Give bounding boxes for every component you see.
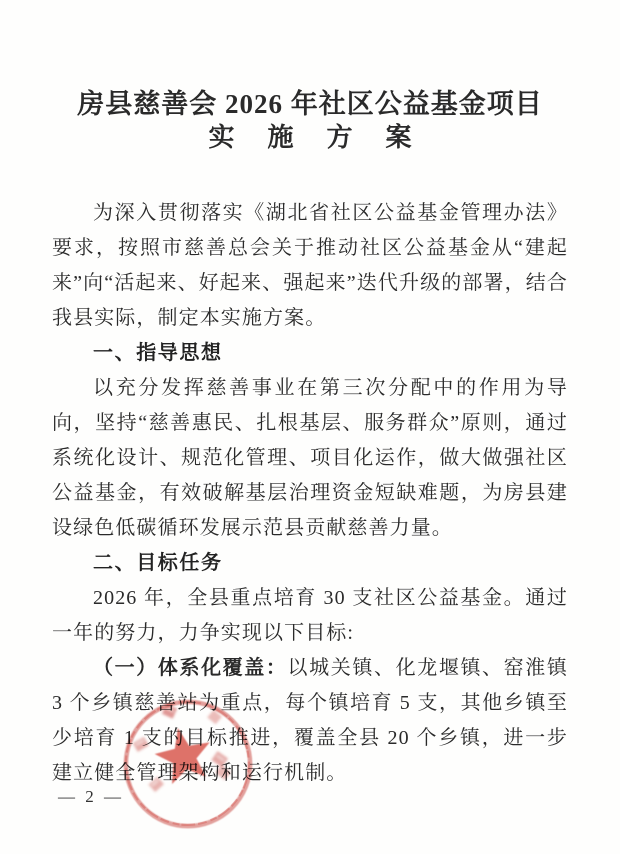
document-body: 为深入贯彻落实《湖北省社区公益基金管理办法》要求，按照市慈善总会关于推动社区公益… — [52, 196, 568, 791]
paragraph-item-1: （一）体系化覆盖：以城关镇、化龙堰镇、窑淮镇 3 个乡镇慈善站为重点，每个镇培育… — [52, 651, 568, 791]
document-title: 房县慈善会 2026 年社区公益基金项目 实施方案 — [0, 88, 620, 154]
paragraph-item-1-lead: （一）体系化覆盖： — [93, 657, 288, 679]
document-title-line1: 房县慈善会 2026 年社区公益基金项目 — [0, 88, 620, 121]
document-title-line2: 实施方案 — [0, 121, 620, 154]
section-heading-goals-tasks: 二、目标任务 — [52, 546, 568, 581]
paragraph-intro: 为深入贯彻落实《湖北省社区公益基金管理办法》要求，按照市慈善总会关于推动社区公益… — [52, 196, 568, 336]
document-title-line2-text: 实施方案 — [208, 121, 444, 154]
paragraph-goals: 2026 年，全县重点培育 30 支社区公益基金。通过一年的努力，力争实现以下目… — [52, 581, 568, 651]
paragraph-guiding-ideology: 以充分发挥慈善事业在第三次分配中的作用为导向，坚持“慈善惠民、扎根基层、服务群众… — [52, 371, 568, 546]
document-page: 房县慈善会 2026 年社区公益基金项目 实施方案 为深入贯彻落实《湖北省社区公… — [0, 0, 620, 854]
page-number: — 2 — — [58, 787, 124, 807]
section-heading-guiding-ideology: 一、指导思想 — [52, 336, 568, 371]
